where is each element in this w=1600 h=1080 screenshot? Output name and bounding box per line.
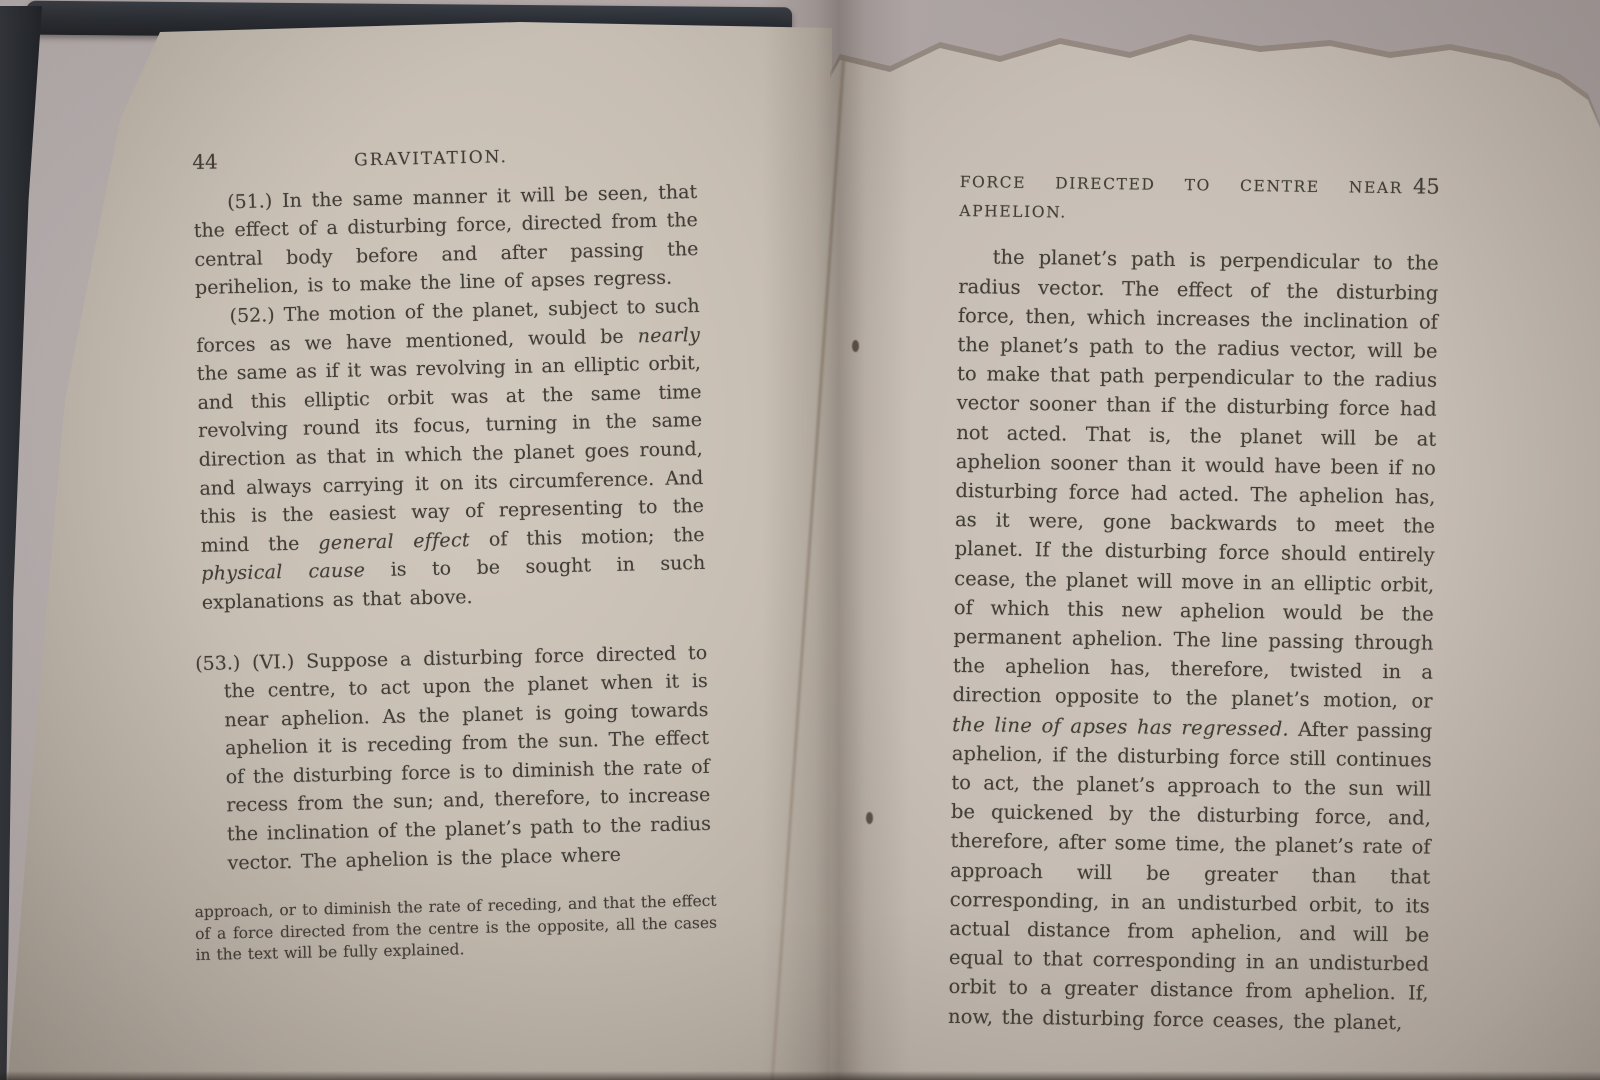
paragraph: (51.) In the same manner it will be seen…	[193, 178, 699, 303]
book-photo-scene: 44 GRAVITATION. (51.) In the same manner…	[0, 0, 1600, 1080]
paragraph: the planet’s path is perpendicular to th…	[948, 242, 1439, 1037]
left-page-text: 44 GRAVITATION. (51.) In the same manner…	[192, 137, 714, 982]
left-page-body: (51.) In the same manner it will be seen…	[193, 178, 712, 878]
right-page-body: the planet’s path is perpendicular to th…	[948, 242, 1439, 1037]
footnote: approach, or to diminish the rate of rec…	[194, 891, 717, 967]
binding-stitch	[852, 340, 859, 352]
paragraph: (53.) (VI.) Suppose a disturbing force d…	[195, 638, 712, 878]
left-page-number: 44	[192, 147, 218, 176]
right-running-header: FORCE DIRECTED TO CENTRE NEAR APHELION. …	[959, 166, 1440, 233]
right-header-title: FORCE DIRECTED TO CENTRE NEAR APHELION.	[959, 168, 1403, 233]
paragraph: (52.) The motion of the planet, subject …	[195, 292, 706, 617]
right-page-text: FORCE DIRECTED TO CENTRE NEAR APHELION. …	[948, 166, 1440, 1038]
right-page-number: 45	[1413, 172, 1440, 202]
book-bottom-edge	[0, 1071, 1600, 1080]
binding-stitch	[866, 812, 873, 824]
